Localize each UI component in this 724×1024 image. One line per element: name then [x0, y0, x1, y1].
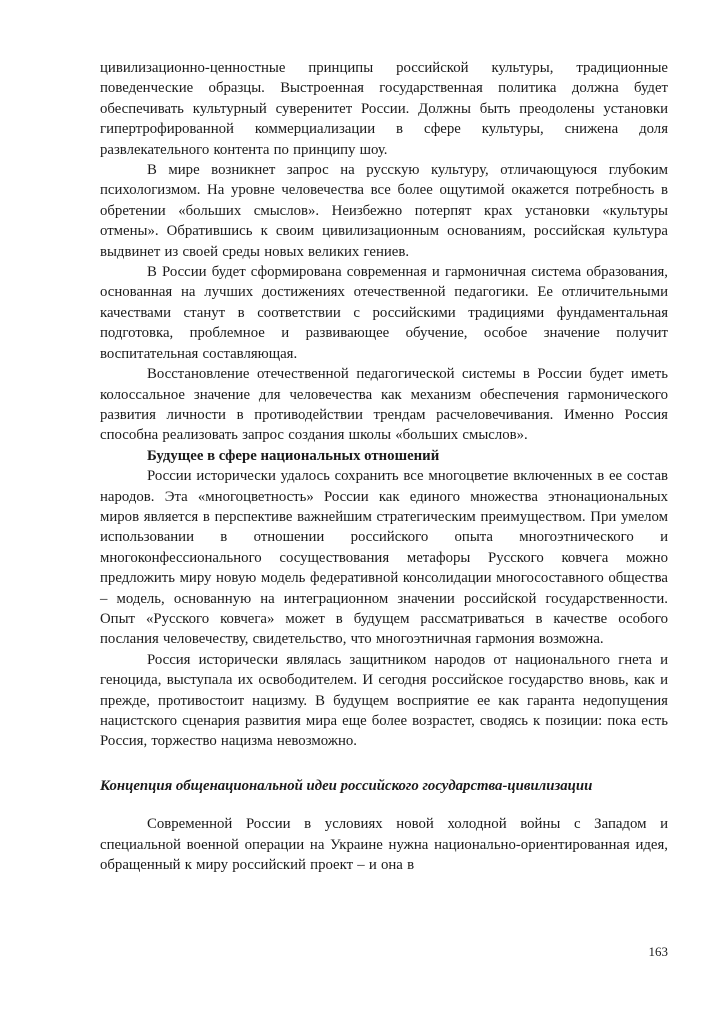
paragraph-protector-of-peoples: Россия исторически являлась защитником н…	[100, 650, 668, 752]
section-heading-national-idea-concept: Концепция общенациональной идеи российск…	[100, 776, 668, 796]
paragraph-culture-principles: цивилизационно-ценностные принципы росси…	[100, 58, 668, 160]
subheading-national-relations: Будущее в сфере национальных отношений	[100, 446, 668, 466]
paragraph-russian-culture-demand: В мире возникнет запрос на русскую культ…	[100, 160, 668, 262]
paragraph-education-system: В России будет сформирована современная …	[100, 262, 668, 364]
page-number: 163	[649, 944, 669, 960]
paragraph-pedagogical-system: Восстановление отечественной педагогичес…	[100, 364, 668, 446]
paragraph-multiethnic-ark: России исторически удалось сохранить все…	[100, 466, 668, 650]
paragraph-modern-russia-idea: Современной России в условиях новой холо…	[100, 814, 668, 875]
document-page: цивилизационно-ценностные принципы росси…	[0, 0, 724, 1024]
